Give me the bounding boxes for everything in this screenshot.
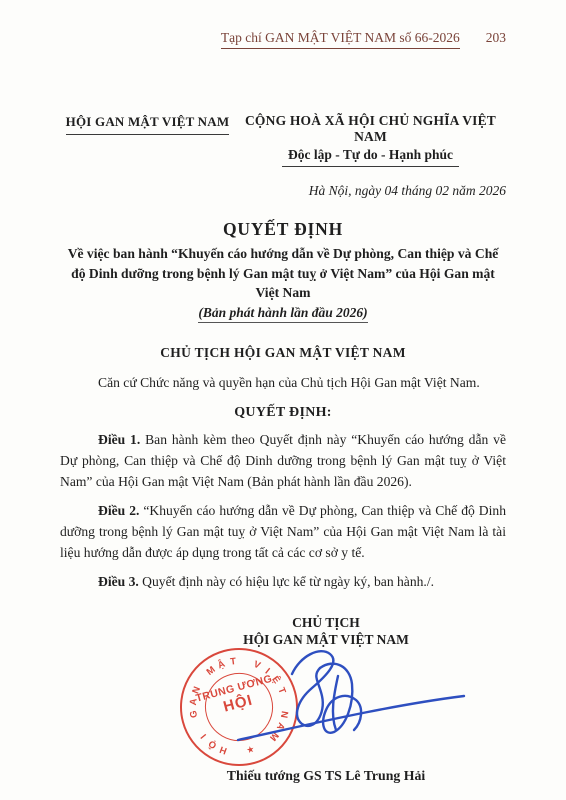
edition-note-text: (Bản phát hành lần đầu 2026) (198, 305, 367, 323)
decides-heading: QUYẾT ĐỊNH: (60, 405, 506, 421)
national-title: CỘNG HOÀ XÃ HỘI CHỦ NGHĨA VIỆT NAM (235, 113, 506, 145)
edition-note: (Bản phát hành lần đầu 2026) (60, 305, 506, 321)
signer-name: Thiếu tướng GS TS Lê Trung Hải (176, 768, 476, 784)
national-header-column: CỘNG HOÀ XÃ HỘI CHỦ NGHĨA VIỆT NAM Độc l… (235, 113, 506, 167)
journal-title: Tạp chí GAN MẬT VIỆT NAM số 66-2026 (221, 30, 460, 49)
article-1-paragraph: Điều 1. Ban hành kèm theo Quyết định này… (60, 429, 506, 492)
signer-position-title: CHỦ TỊCH (176, 615, 476, 631)
running-header: Tạp chí GAN MẬT VIỆT NAM số 66-2026 203 (60, 30, 506, 49)
national-motto: Độc lập - Tự do - Hạnh phúc (282, 147, 459, 167)
issuing-org-column: HỘI GAN MẬT VIỆT NAM (60, 113, 235, 167)
article-2-label: Điều 2. (98, 503, 139, 518)
article-1-label: Điều 1. (98, 432, 140, 447)
page-number: 203 (486, 30, 506, 46)
decision-title: QUYẾT ĐỊNH (60, 219, 506, 240)
article-3-text: Quyết định này có hiệu lực kể từ ngày ký… (139, 574, 434, 589)
legal-basis-paragraph: Căn cứ Chức năng và quyền hạn của Chủ tị… (60, 375, 506, 391)
signature-block: CHỦ TỊCH HỘI GAN MẬT VIỆT NAM HỘI GAN MẬ… (176, 615, 476, 784)
document-page: Tạp chí GAN MẬT VIỆT NAM số 66-2026 203 … (0, 0, 566, 800)
article-3-label: Điều 3. (98, 574, 139, 589)
authority-heading: CHỦ TỊCH HỘI GAN MẬT VIỆT NAM (60, 345, 506, 361)
decision-subtitle: Về việc ban hành “Khuyến cáo hướng dẫn v… (60, 244, 506, 303)
article-3-paragraph: Điều 3. Quyết định này có hiệu lực kể từ… (60, 571, 506, 592)
issuing-org-name: HỘI GAN MẬT VIỆT NAM (66, 114, 230, 135)
place-date-line: Hà Nội, ngày 04 tháng 02 năm 2026 (60, 183, 506, 199)
masthead: HỘI GAN MẬT VIỆT NAM CỘNG HOÀ XÃ HỘI CHỦ… (60, 113, 506, 167)
seal-and-signature-area: HỘI GAN MẬT VIỆT NAM ★ TRUNG ƯƠNG HỘI (176, 644, 476, 768)
handwritten-signature (234, 642, 470, 762)
article-2-paragraph: Điều 2. “Khuyến cáo hướng dẫn về Dự phòn… (60, 500, 506, 563)
